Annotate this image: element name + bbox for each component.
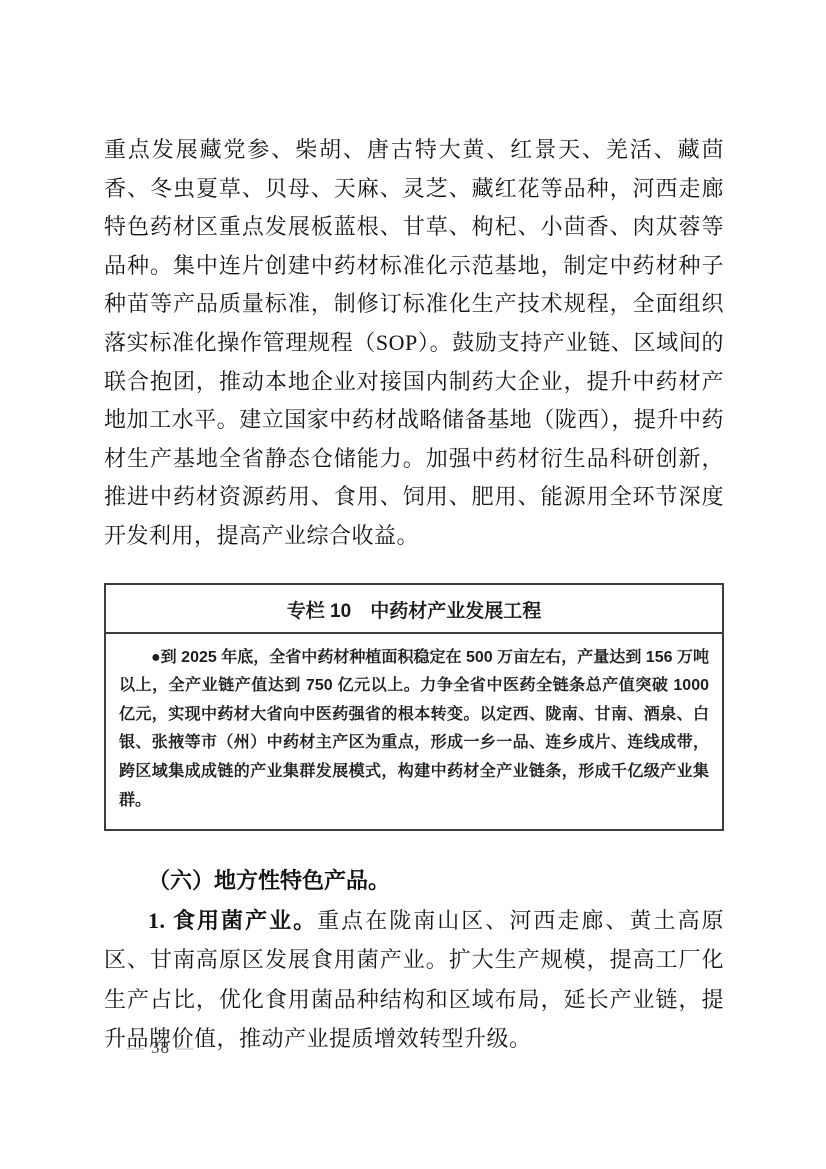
feature-box-title: 专栏 10 中药材产业发展工程	[106, 585, 722, 634]
item1-lead: 1. 食用菌产业。	[148, 908, 317, 933]
document-page: 重点发展藏党参、柴胡、唐古特大黄、红景天、羌活、藏茴香、冬虫夏草、贝母、天麻、灵…	[104, 131, 724, 1059]
page-number-footer: —38—	[121, 1038, 200, 1058]
feature-box-column-10: 专栏 10 中药材产业发展工程 ●到 2025 年底，全省中药材种植面积稳定在 …	[104, 583, 724, 832]
footer-dash-right: —	[170, 1038, 200, 1057]
feature-box-content: ●到 2025 年底，全省中药材种植面积稳定在 500 万亩左右，产量达到 15…	[106, 634, 722, 830]
section-heading-six: （六）地方性特色产品。	[104, 862, 724, 901]
page-number: 38	[151, 1038, 170, 1057]
body-paragraph-continued: 重点发展藏党参、柴胡、唐古特大黄、红景天、羌活、藏茴香、冬虫夏草、贝母、天麻、灵…	[104, 131, 724, 556]
footer-dash-left: —	[121, 1038, 151, 1057]
item1-paragraph: 1. 食用菌产业。重点在陇南山区、河西走廊、黄土高原区、甘南高原区发展食用菌产业…	[104, 901, 724, 1059]
